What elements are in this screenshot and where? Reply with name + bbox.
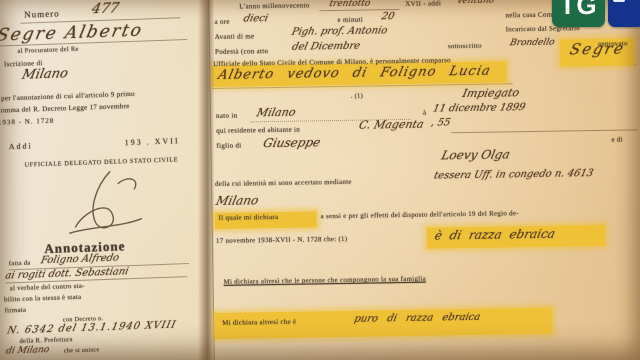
sottoscritto-print: sottoscritto bbox=[448, 44, 482, 51]
nato-print: nato in bbox=[216, 113, 237, 120]
madre-hand: Loevy Olga bbox=[442, 148, 510, 161]
register-left-page: Numero 477 Segre Alberto al Procuratore … bbox=[0, 0, 212, 360]
addi-year: 193 . XVII bbox=[125, 137, 180, 147]
civico-hand: , 55 bbox=[431, 118, 450, 128]
nato-hand: Milano bbox=[257, 107, 296, 119]
decreto-hand: N. 6342 del 13.1.1940 XVIII bbox=[7, 321, 176, 337]
unisce-label: che si unisce bbox=[64, 347, 100, 354]
identita-print: della cui identità mi sono accertato med… bbox=[215, 180, 352, 189]
broadcaster-logo: TG bbox=[552, 0, 640, 27]
annotation-print2: bilito con la stessa è stata bbox=[4, 295, 81, 304]
anno-print: L'anno millenovecento bbox=[239, 2, 309, 10]
register-right-page: L'anno millenovecento trentotto XVII - a… bbox=[208, 0, 640, 360]
residente-hand: C. Magenta bbox=[359, 119, 424, 131]
surname-hand: Segre bbox=[570, 41, 625, 57]
numero-value: 477 bbox=[92, 1, 119, 16]
nota1-print: . (1) bbox=[351, 94, 363, 101]
law-line3: 1938 - N. 1728 bbox=[0, 118, 54, 127]
residente-print: qui residente ed abitante in bbox=[216, 127, 300, 135]
dichiara-hl-text: Il quale mi dichiara bbox=[219, 215, 279, 223]
figlio-print: figlio di bbox=[216, 143, 241, 150]
minuti-hand: 20 bbox=[381, 12, 394, 22]
logo-secondary-block bbox=[608, 0, 640, 27]
ore-hand: dieci bbox=[243, 14, 267, 24]
incaricato-print: Incaricato dal Segretario bbox=[506, 26, 580, 34]
logo-partial-glyph-icon bbox=[613, 0, 625, 2]
law-line1: per l'annotazione di cui all'articolo 9 … bbox=[1, 91, 135, 103]
sottoscritto-hand: Brondello bbox=[510, 39, 555, 49]
officer-signature bbox=[48, 166, 160, 242]
avanti-hand: Pigh. prof. Antonio bbox=[292, 26, 388, 37]
legge-print: 17 novembre 1938-XVII - N. 1728 che: (1) bbox=[216, 237, 347, 246]
data-print: à bbox=[423, 110, 427, 117]
annotation-hand1: Foligno Alfredo bbox=[41, 253, 119, 266]
annotation-print3: firmata bbox=[4, 308, 26, 316]
bottom-hand: puro di razza ebraica bbox=[354, 313, 480, 325]
dichiara-print: a sensi e per gli effetti del disposto d… bbox=[321, 211, 519, 221]
prefettura-hand: di Milano bbox=[6, 346, 49, 356]
razza-hand: è di razza ebraica bbox=[435, 228, 555, 242]
addi-label: Addì bbox=[9, 142, 33, 151]
anno-print2: XVII - addì bbox=[405, 0, 441, 8]
famiglia-print: Mi dichiara altresì che le persone che c… bbox=[224, 277, 427, 287]
anno-hand2: ventuno bbox=[457, 0, 494, 6]
tg-logo-text: TG bbox=[559, 0, 597, 20]
data-hand: 11 dicembre 1899 bbox=[433, 103, 525, 114]
page-fold-gutter bbox=[198, 0, 214, 360]
identita-hand: tessera Uff. in congedo n. 4613 bbox=[434, 169, 593, 181]
annotation-fatta-da: fatta da bbox=[9, 261, 31, 268]
podesta-hand: del Dicembre bbox=[292, 42, 360, 53]
annotation-print1: al verbale del contro sta- bbox=[10, 284, 85, 293]
comune-script: Milano bbox=[22, 67, 68, 82]
document-photo: TG Numero 477 Segre Alberto al Procurato… bbox=[0, 0, 640, 360]
minuti-print: e minuti bbox=[337, 17, 363, 24]
identita-hand2: Milano bbox=[216, 194, 258, 207]
law-line2: comma del R. Decreto Legge 17 novembre bbox=[0, 103, 130, 115]
edi-print: e di bbox=[611, 137, 623, 144]
ore-print: a ore bbox=[214, 19, 229, 26]
podesta-print: Podestà (con atto bbox=[215, 48, 268, 56]
padre-hand: Giuseppe bbox=[263, 136, 320, 149]
numero-label: Numero bbox=[24, 9, 60, 19]
anno-hand: trentotto bbox=[329, 0, 370, 9]
tg-logo-icon: TG bbox=[552, 0, 605, 27]
avanti-print: Avanti di me bbox=[215, 33, 255, 41]
destination-line: al Procuratore del Re bbox=[17, 47, 79, 56]
bottom-print: Mi dichiara altresì che è bbox=[222, 320, 296, 328]
professione-hand: Impiegato bbox=[463, 87, 520, 99]
